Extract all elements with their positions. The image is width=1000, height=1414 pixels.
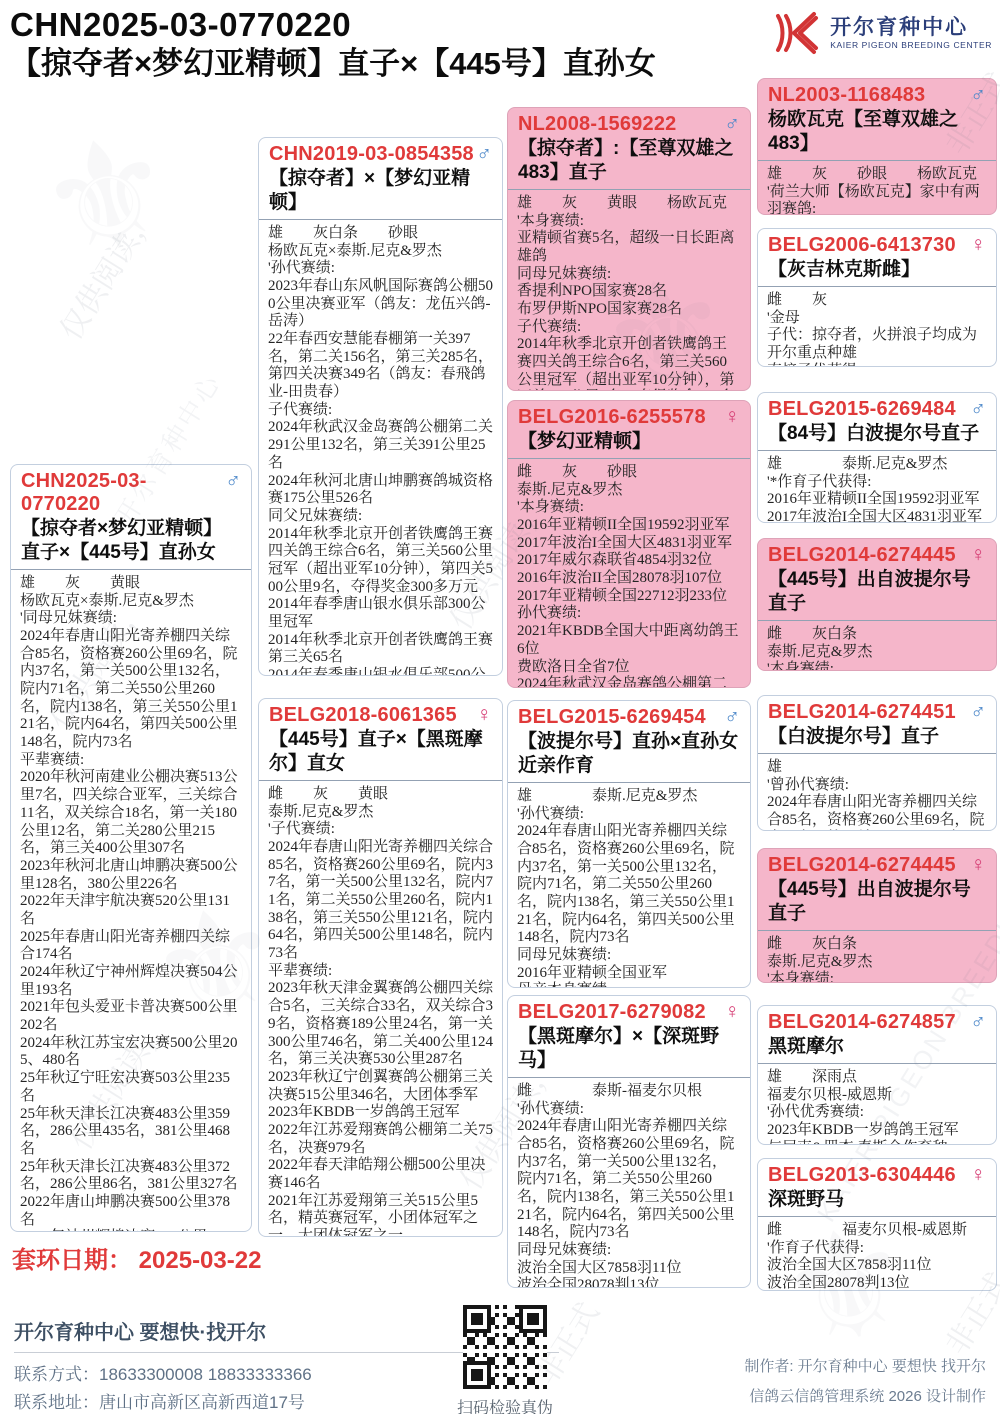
- card-body: 雌 灰白条 泰斯.尼克&罗杰 '本身赛绩: 拿永1383羽殿军 查特路全国257…: [758, 931, 996, 983]
- card-title: 【掠夺者×梦幻亚精顿】直子×【445号】直孙女: [21, 517, 241, 565]
- page-title: 【掠夺者×梦幻亚精顿】直子×【445号】直孙女: [10, 44, 680, 84]
- sex-icon: ♂: [724, 706, 740, 727]
- card-body: 雌 泰斯-福麦尔贝根 '孙代赛绩: 2024年春唐山阳光寄养棚四关综合85名，资…: [508, 1078, 750, 1288]
- pedigree-card-ggparent-6: BELG2014-6274445♀ 【445号】出自波提尔号直子 雌 灰白条 泰…: [757, 848, 997, 983]
- card-body: 雌 灰 黄眼 泰斯.尼克&罗杰 '子代赛绩: 2024年春唐山阳光寄养棚四关综合…: [259, 781, 502, 1237]
- ring-date: 套环日期： 2025-03-22: [12, 1240, 261, 1275]
- watermark-fleur-icon: ⚜: [21, 96, 194, 297]
- logo-text-cn: 开尔育种中心: [830, 16, 992, 39]
- sex-icon: ♂: [970, 84, 986, 105]
- pedigree-card-ggparent-2: BELG2006-6413730♀ 【灰吉林克斯雌】 雌 灰 '金母 子代：掠夺…: [757, 228, 997, 367]
- card-title: 【445号】直子×【黑斑摩尔】直女: [269, 728, 492, 776]
- pedigree-card-ggparent-8: BELG2013-6304446♀ 深斑野马 雌 福麦尔贝根-威恩斯 '作育子代…: [757, 1158, 997, 1291]
- card-body: 雌 灰 砂眼 泰斯.尼克&罗杰 '本身赛绩: 2016年亚精顿II全国19592…: [508, 459, 750, 688]
- ring-date-value: 2025-03-22: [139, 1247, 262, 1274]
- pedigree-card-ggparent-7: BELG2014-6274857♂ 黑斑摩尔 雄 深雨点 福麦尔贝根-威恩斯 '…: [757, 1005, 997, 1145]
- pedigree-card-grandsire-paternal: NL2008-1569222♂ 【掠夺者】:【至尊双雄之483】直子 雄 灰 黄…: [507, 107, 751, 391]
- address-label: 联系地址：: [14, 1393, 99, 1412]
- card-ring: BELG2014-6274445: [768, 544, 956, 567]
- pedigree-card-granddam-paternal: BELG2016-6255578♀ 【梦幻亚精顿】 雌 灰 砂眼 泰斯.尼克&罗…: [507, 400, 751, 688]
- sex-icon: ♂: [970, 701, 986, 722]
- card-ring: NL2008-1569222: [518, 113, 676, 136]
- pedigree-card-grandsire-maternal: BELG2015-6269454♂ 【波提尔号】直孙×直孙女 近亲作育 雄 泰斯…: [507, 700, 751, 988]
- card-title: 【445号】出自波提尔号直子: [768, 568, 986, 616]
- card-title: 杨欧瓦克【至尊双雄之483】: [768, 108, 986, 156]
- card-ring: BELG2013-6304446: [768, 1164, 956, 1187]
- page-header: CHN2025-03-0770220 【掠夺者×梦幻亚精顿】直子×【445号】直…: [10, 6, 680, 84]
- ring-date-label: 套环日期：: [12, 1247, 132, 1274]
- qr-block: 扫码检验真伪: [455, 1305, 555, 1414]
- card-title: 【白波提尔号】直子: [768, 725, 986, 749]
- card-body: 雄 灰 黄眼 杨欧瓦克×泰斯.尼克&罗杰 '同母兄妹赛绩: 2024年春唐山阳光…: [11, 570, 251, 1232]
- pedigree-card-ggparent-1: NL2003-1168483♂ 杨欧瓦克【至尊双雄之483】 雄 灰 砂眼 杨欧…: [757, 78, 997, 215]
- card-body: 雌 福麦尔贝根-威恩斯 '作育子代获得: 波治全国大区7858羽11位 波治全国…: [758, 1217, 996, 1291]
- pedigree-card-ggparent-4: BELG2014-6274445♀ 【445号】出自波提尔号直子 雌 灰白条 泰…: [757, 538, 997, 671]
- card-body: 雄 泰斯.尼克&罗杰 '孙代赛绩: 2024年春唐山阳光寄养棚四关综合85名，资…: [508, 783, 750, 988]
- card-body: 雌 灰 '金母 子代：掠夺者，火拼浪子均成为开尔重点种雄 直接子代获得:: [758, 287, 996, 367]
- page-ring-number: CHN2025-03-0770220: [10, 6, 680, 44]
- address-value: 唐山市高新区高新西道17号: [99, 1393, 305, 1412]
- card-title: 深斑野马: [768, 1188, 986, 1212]
- sex-icon: ♀: [970, 854, 986, 875]
- card-body: 雄 灰 砂眼 杨欧瓦克 '荷兰大师【杨欧瓦克】家中有两羽赛鸽: ●1超级483号…: [758, 161, 996, 215]
- card-body: 雄 灰白条 砂眼 杨欧瓦克×泰斯.尼克&罗杰 '孙代赛绩: 2023年春山东风帆…: [259, 220, 502, 676]
- card-title: 【梦幻亚精顿】: [518, 430, 740, 454]
- card-ring: BELG2014-6274451: [768, 701, 956, 724]
- card-title: 【灰吉林克斯雌】: [768, 258, 986, 282]
- sex-icon: ♂: [476, 143, 492, 164]
- pedigree-card-subject: CHN2025-03-0770220♂ 【掠夺者×梦幻亚精顿】直子×【445号】…: [10, 464, 252, 1232]
- sex-icon: ♀: [724, 406, 740, 427]
- card-ring: BELG2014-6274445: [768, 854, 956, 877]
- sex-icon: ♂: [970, 1011, 986, 1032]
- card-title: 【84号】白波提尔号直子: [768, 422, 986, 446]
- footer-maker: 制作者: 开尔育种中心 要想快 找开尔 信鸽云信鸽管理系统 2026 设计制作: [744, 1352, 986, 1412]
- pedigree-card-granddam-maternal: BELG2017-6279082♀ 【黑斑摩尔】×【深斑野马】 雌 泰斯-福麦尔…: [507, 995, 751, 1288]
- card-title: 【掠夺者】×【梦幻亚精顿】: [269, 167, 492, 215]
- pedigree-card-ggparent-5: BELG2014-6274451♂ 【白波提尔号】直子 雄 '曾孙代赛绩: 20…: [757, 695, 997, 831]
- card-body: 雄 深雨点 福麦尔贝根-威恩斯 '孙代优秀赛绩: 2023年KBDB一岁鸽鸽王冠…: [758, 1064, 996, 1145]
- maker-line1: 制作者: 开尔育种中心 要想快 找开尔: [744, 1352, 986, 1382]
- sex-icon: ♀: [724, 1001, 740, 1022]
- card-ring: BELG2017-6279082: [518, 1001, 706, 1024]
- contact-label: 联系方式：: [14, 1365, 99, 1384]
- qr-caption: 扫码检验真伪: [455, 1395, 555, 1414]
- card-body: 雌 灰白条 泰斯.尼克&罗杰 '本身赛绩: 拿永1383羽殿军 查特路全国257…: [758, 621, 996, 671]
- card-title: 【445号】出自波提尔号直子: [768, 878, 986, 926]
- card-body: 雄 灰 黄眼 杨欧瓦克 '本身赛绩: 亚精顿省赛5名，超级一日长距离雄鸽 同母兄…: [508, 190, 750, 391]
- card-ring: BELG2015-6269454: [518, 706, 706, 729]
- card-ring: CHN2025-03-0770220: [21, 470, 225, 516]
- card-body: 雄 泰斯.尼克&罗杰 '*作育子代获得: 2016年亚精顿II全国19592羽亚…: [758, 451, 996, 523]
- sex-icon: ♀: [970, 234, 986, 255]
- card-ring: BELG2016-6255578: [518, 406, 706, 429]
- sex-icon: ♀: [476, 704, 492, 725]
- logo-text-en: KAIER PIGEON BREEDING CENTER: [830, 40, 992, 50]
- card-title: 【波提尔号】直孙×直孙女 近亲作育: [518, 730, 740, 778]
- card-ring: NL2003-1168483: [768, 84, 925, 107]
- card-title: 【掠夺者】:【至尊双雄之483】直子: [518, 137, 740, 185]
- card-ring: CHN2019-03-0854358: [269, 143, 474, 166]
- card-title: 黑斑摩尔: [768, 1035, 986, 1059]
- pedigree-card-sire: CHN2019-03-0854358♂ 【掠夺者】×【梦幻亚精顿】 雄 灰白条 …: [258, 137, 503, 676]
- card-title: 【黑斑摩尔】×【深斑野马】: [518, 1025, 740, 1073]
- card-ring: BELG2018-6061365: [269, 704, 457, 727]
- sex-icon: ♀: [970, 1164, 986, 1185]
- card-ring: BELG2015-6269484: [768, 398, 956, 421]
- sex-icon: ♀: [970, 544, 986, 565]
- qr-code: [463, 1305, 547, 1389]
- pedigree-card-ggparent-3: BELG2015-6269484♂ 【84号】白波提尔号直子 雄 泰斯.尼克&罗…: [757, 392, 997, 523]
- watermark-text: 仅供阅读，: [47, 197, 164, 348]
- sex-icon: ♂: [724, 113, 740, 134]
- sex-icon: ♂: [970, 398, 986, 419]
- maker-line2: 信鸽云信鸽管理系统 2026 设计制作: [744, 1382, 986, 1412]
- kaier-logo-icon: [770, 10, 822, 56]
- card-ring: BELG2014-6274857: [768, 1011, 956, 1034]
- contact-value: 18633300008 18833333366: [99, 1365, 312, 1384]
- sex-icon: ♂: [225, 470, 241, 491]
- pedigree-page: CHN2025-03-0770220 【掠夺者×梦幻亚精顿】直子×【445号】直…: [0, 0, 1000, 1414]
- card-ring: BELG2006-6413730: [768, 234, 956, 257]
- pedigree-card-dam: BELG2018-6061365♀ 【445号】直子×【黑斑摩尔】直女 雌 灰 …: [258, 698, 503, 1237]
- brand-logo: 开尔育种中心 KAIER PIGEON BREEDING CENTER: [770, 10, 992, 56]
- card-body: 雄 '曾孙代赛绩: 2024年春唐山阳光寄养棚四关综合85名，资格赛260公里6…: [758, 754, 996, 831]
